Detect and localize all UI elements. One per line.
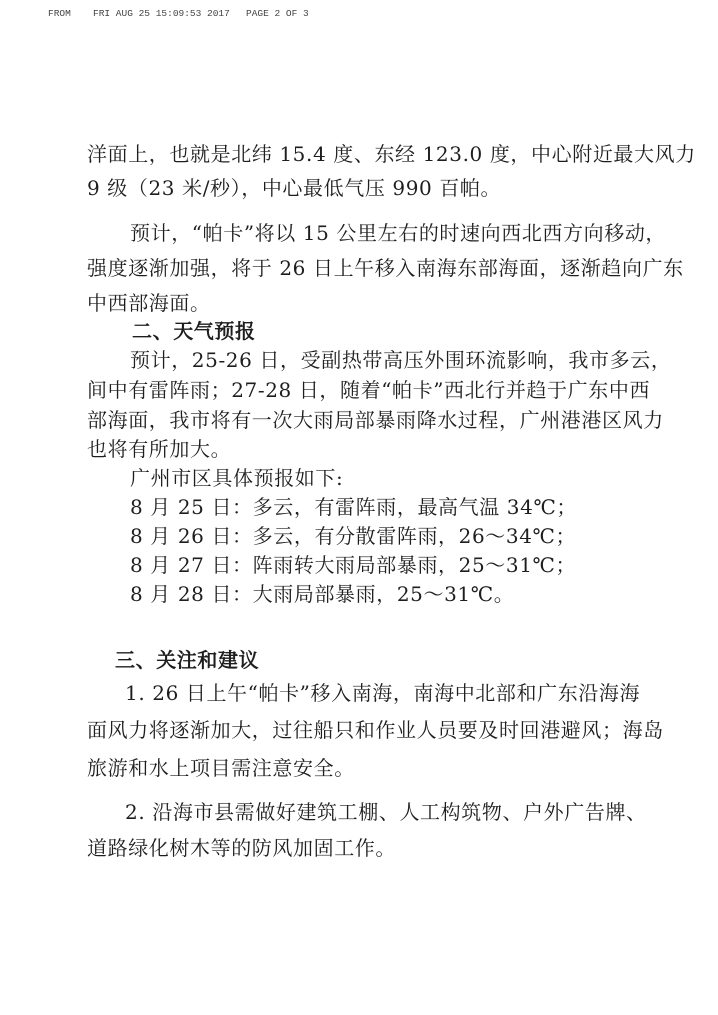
fax-from-label: FROM — [48, 8, 71, 19]
text-line: 也将有所加大。 — [87, 437, 231, 461]
text-line: 预计，“帕卡”将以 15 公里左右的时速向西北西方向移动， — [130, 221, 666, 245]
text-line: 洋面上，也就是北纬 15.4 度、东经 123.0 度，中心附近最大风力 — [87, 142, 696, 166]
text-line: 间中有雷阵雨；27-28 日，随着“帕卡”西北行并趋于广东中西 — [87, 378, 650, 402]
advice-item-1-line: 面风力将逐渐加大，过往船只和作业人员要及时回港避风；海岛 — [87, 718, 664, 742]
fax-timestamp: FRI AUG 25 15:09:53 2017 — [93, 8, 230, 19]
text-line: 9 级（23 米/秒），中心最低气压 990 百帕。 — [87, 176, 501, 200]
city-forecast-intro: 广州市区具体预报如下: — [130, 466, 343, 490]
section-heading-weather-forecast: 二、天气预报 — [132, 319, 256, 343]
fax-page-info: PAGE 2 OF 3 — [246, 8, 309, 19]
daily-forecast-item: 8 月 27 日：阵雨转大雨局部暴雨，25～31℃； — [130, 553, 576, 577]
daily-forecast-item: 8 月 26 日：多云，有分散雷阵雨，26～34℃； — [130, 524, 576, 548]
advice-item-1-line: 1. 26 日上午“帕卡”移入南海，南海中北部和广东沿海海 — [125, 681, 640, 705]
text-line: 中西部海面。 — [87, 291, 211, 315]
text-line: 预计，25-26 日，受副热带高压外围环流影响，我市多云， — [130, 348, 671, 372]
advice-item-1-line: 旅游和水上项目需注意安全。 — [87, 756, 355, 780]
text-line: 强度逐渐加强，将于 26 日上午移入南海东部海面，逐渐趋向广东 — [87, 256, 684, 280]
advice-item-2-line: 2. 沿海市县需做好建筑工棚、人工构筑物、户外广告牌、 — [125, 800, 647, 824]
advice-item-2-line: 道路绿化树木等的防风加固工作。 — [87, 836, 396, 860]
daily-forecast-item: 8 月 28 日：大雨局部暴雨，25～31℃。 — [130, 582, 514, 606]
text-line: 部海面，我市将有一次大雨局部暴雨降水过程，广州港港区风力 — [87, 408, 664, 432]
daily-forecast-item: 8 月 25 日：多云，有雷阵雨，最高气温 34℃； — [130, 495, 577, 519]
fax-header: FROM FRI AUG 25 15:09:53 2017 PAGE 2 OF … — [48, 8, 59, 52]
section-heading-attention-advice: 三、关注和建议 — [115, 648, 259, 672]
